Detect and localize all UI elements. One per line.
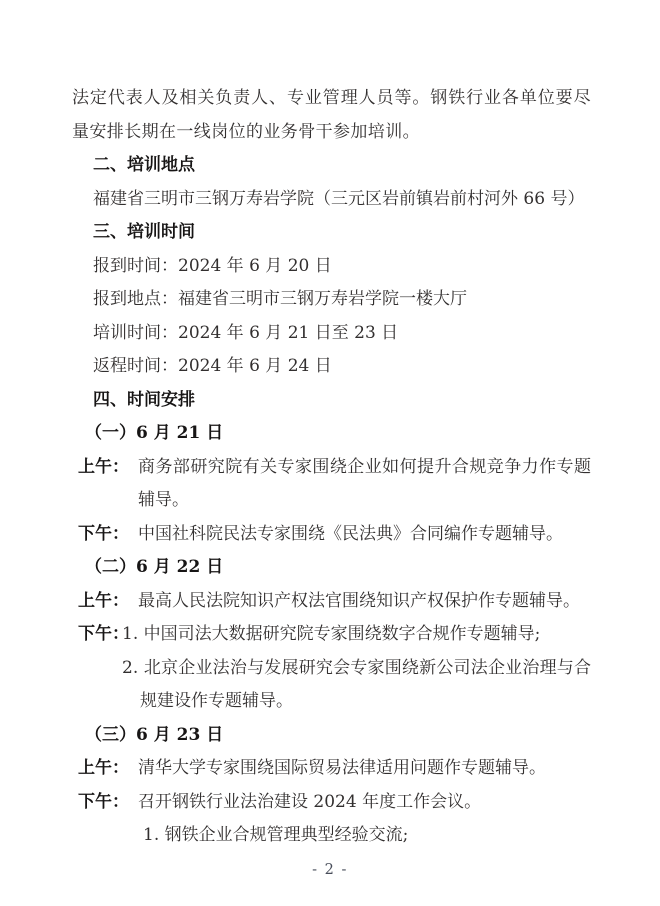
section-4-heading: 四、时间安排	[72, 384, 591, 418]
day-1-morning-text: 商务部研究院有关专家围绕企业如何提升合规竞争力作专题辅导。	[138, 451, 591, 518]
day-3-heading: （三）6 月 23 日	[72, 719, 591, 753]
day-1-afternoon-text: 中国社科院民法专家围绕《民法典》合同编作专题辅导。	[138, 518, 591, 552]
day-3-morning-text: 清华大学专家围绕国际贸易法律适用问题作专题辅导。	[138, 752, 591, 786]
training-time-line: 培训时间：2024 年 6 月 21 日至 23 日	[72, 317, 591, 351]
day-2-afternoon-items: 1. 中国司法大数据研究院专家围绕数字合规作专题辅导; 2. 北京企业法治与发展…	[138, 618, 591, 719]
day-2-afternoon-item-1: 1. 中国司法大数据研究院专家围绕数字合规作专题辅导;	[122, 618, 591, 652]
page-number: - 2 -	[0, 860, 660, 880]
page-content: 法定代表人及相关负责人、专业管理人员等。钢铁行业各单位要尽量安排长期在一线岗位的…	[72, 82, 591, 853]
training-location-line: 福建省三明市三钢万寿岩学院（三元区岩前镇岩前村河外 66 号）	[72, 183, 591, 217]
day-3-afternoon-label: 下午：	[78, 786, 129, 820]
day-2-morning-row: 上午： 最高人民法院知识产权法官围绕知识产权保护作专题辅导。	[72, 585, 591, 619]
day-3-morning-row: 上午： 清华大学专家围绕国际贸易法律适用问题作专题辅导。	[72, 752, 591, 786]
day-1-heading: （一）6 月 21 日	[72, 417, 591, 451]
day-3-morning-label: 上午：	[78, 752, 129, 786]
day-2-heading: （二）6 月 22 日	[72, 551, 591, 585]
return-time-line: 返程时间：2024 年 6 月 24 日	[72, 350, 591, 384]
day-1-afternoon-row: 下午： 中国社科院民法专家围绕《民法典》合同编作专题辅导。	[72, 518, 591, 552]
section-3-heading: 三、培训时间	[72, 216, 591, 250]
day-1-morning-label: 上午：	[78, 451, 129, 485]
day-3-afternoon-block: 召开钢铁行业法治建设 2024 年度工作会议。 1. 钢铁企业合规管理典型经验交…	[138, 786, 591, 853]
intro-paragraph: 法定代表人及相关负责人、专业管理人员等。钢铁行业各单位要尽量安排长期在一线岗位的…	[72, 82, 591, 149]
day-2-morning-text: 最高人民法院知识产权法官围绕知识产权保护作专题辅导。	[138, 585, 591, 619]
day-2-afternoon-label: 下午：	[78, 618, 129, 652]
day-2-morning-label: 上午：	[78, 585, 129, 619]
day-3-afternoon-row: 下午： 召开钢铁行业法治建设 2024 年度工作会议。 1. 钢铁企业合规管理典…	[72, 786, 591, 853]
registration-place-line: 报到地点：福建省三明市三钢万寿岩学院一楼大厅	[72, 283, 591, 317]
day-1-afternoon-label: 下午：	[78, 518, 129, 552]
day-2-afternoon-row: 下午： 1. 中国司法大数据研究院专家围绕数字合规作专题辅导; 2. 北京企业法…	[72, 618, 591, 719]
day-1-morning-row: 上午： 商务部研究院有关专家围绕企业如何提升合规竞争力作专题辅导。	[72, 451, 591, 518]
day-2-afternoon-item-2: 2. 北京企业法治与发展研究会专家围绕新公司法企业治理与合规建设作专题辅导。	[122, 652, 591, 719]
day-3-afternoon-extra: 1. 钢铁企业合规管理典型经验交流;	[138, 819, 591, 853]
registration-time-line: 报到时间：2024 年 6 月 20 日	[72, 250, 591, 284]
day-3-afternoon-text: 召开钢铁行业法治建设 2024 年度工作会议。	[138, 786, 591, 820]
section-2-heading: 二、培训地点	[72, 149, 591, 183]
document-page: 法定代表人及相关负责人、专业管理人员等。钢铁行业各单位要尽量安排长期在一线岗位的…	[0, 0, 660, 906]
